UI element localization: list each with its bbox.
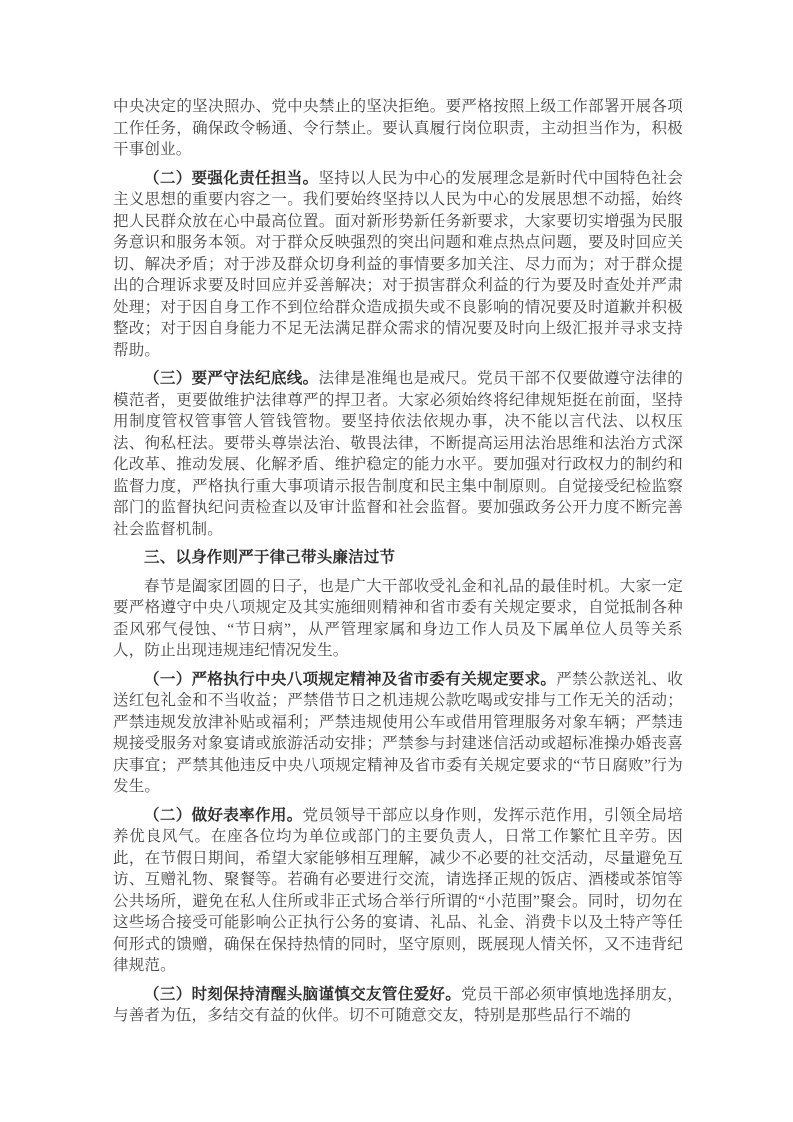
paragraph-lead-bold: （二）要强化责任担当。 [144,170,318,187]
document-page: 中央决定的坚决照办、党中央禁止的坚决拒绝。要严格按照上级工作部署开展各项工作任务… [0,0,793,1122]
paragraph-law-discipline: （三）要严守法纪底线。法律是准绳也是戒尺。党员干部不仅要做遵守法律的模范者，更要… [113,368,683,540]
paragraph-text: 春节是阖家团圆的日子，也是广大干部收受礼金和礼品的最佳时机。大家一定要严格遵守中… [113,578,683,660]
paragraph-text: 法律是准绳也是戒尺。党员干部不仅要做遵守法律的模范者，更要做维护法律尊严的捍卫者… [113,370,683,538]
paragraph-lead-bold: （二）做好表率作用。 [144,807,303,824]
paragraph-role-model: （二）做好表率作用。党员领导干部应以身作则，发挥示范作用，引领全局培养优良风气。… [113,805,683,977]
paragraph-text: 中央决定的坚决照办、党中央禁止的坚决拒绝。要严格按照上级工作部署开展各项工作任务… [113,98,683,158]
paragraph-continuation: 中央决定的坚决照办、党中央禁止的坚决拒绝。要严格按照上级工作部署开展各项工作任务… [113,96,683,161]
paragraph-spring-festival: 春节是阖家团圆的日子，也是广大干部收受礼金和礼品的最佳时机。大家一定要严格遵守中… [113,576,683,662]
paragraph-text: 党员领导干部应以身作则，发挥示范作用，引领全局培养优良风气。在座各位均为单位或部… [113,807,683,975]
section-heading-three: 三、以身作则严于律己带头廉洁过节 [113,547,683,569]
paragraph-text: 坚持以人民为中心的发展理念是新时代中国特色社会主义思想的重要内容之一。我们要始终… [113,170,683,359]
paragraph-duty: （二）要强化责任担当。坚持以人民为中心的发展理念是新时代中国特色社会主义思想的重… [113,168,683,362]
page-text-content: 中央决定的坚决照办、党中央禁止的坚决拒绝。要严格按照上级工作部署开展各项工作任务… [113,96,683,1034]
paragraph-lead-bold: （一）严格执行中央八项规定精神及省市委有关规定要求。 [144,671,556,688]
paragraph-lead-bold: （三）时刻保持清醒头脑谨慎交友管住爱好。 [144,986,461,1003]
paragraph-eight-regulations: （一）严格执行中央八项规定精神及省市委有关规定要求。严禁公款送礼、收送红包礼金和… [113,669,683,798]
paragraph-sober-mind: （三）时刻保持清醒头脑谨慎交友管住爱好。党员干部必须审慎地选择朋友，与善者为伍，… [113,984,683,1027]
section-heading-text: 三、以身作则严于律己带头廉洁过节 [144,549,395,566]
paragraph-lead-bold: （三）要严守法纪底线。 [144,370,318,387]
paragraph-text: 严禁公款送礼、收送红包礼金和不当收益；严禁借节日之机违规公款吃喝或安排与工作无关… [113,671,683,796]
